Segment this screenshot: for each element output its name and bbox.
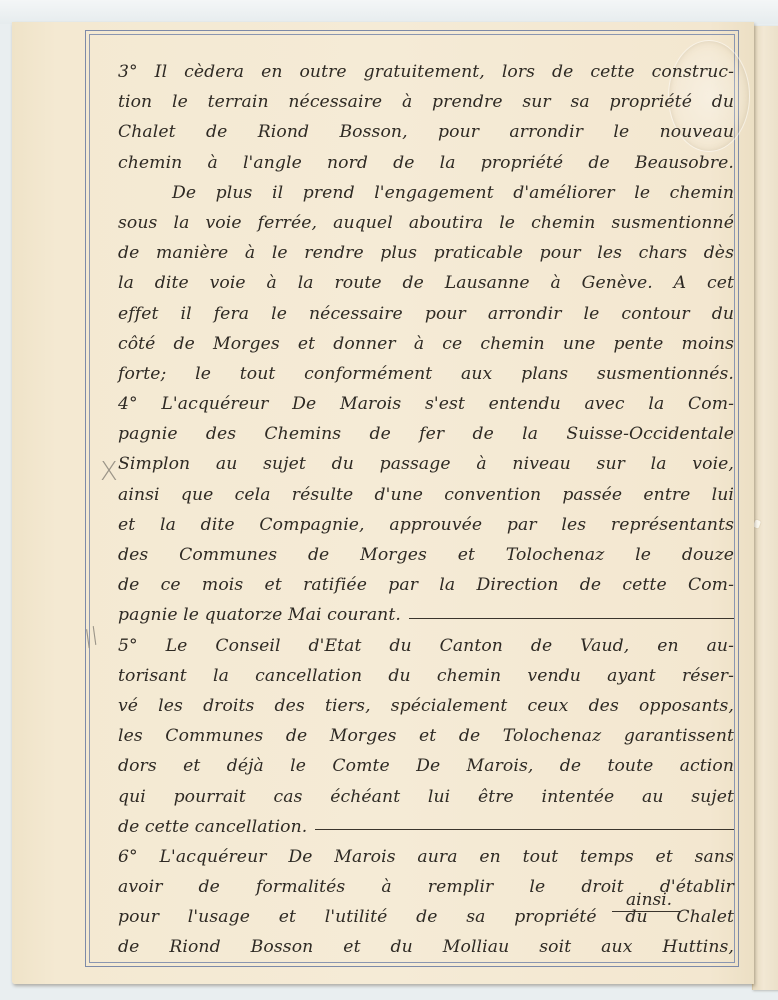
line-filler-rule [409, 618, 734, 619]
text-line: 5° Le Conseil d'Etat du Canton de Vaud, … [118, 631, 734, 661]
text-line: côté de Morges et donner à ce chemin une… [118, 329, 734, 359]
line-filler-rule [315, 829, 734, 830]
text-line: de Riond Bosson et du Molliau soit aux H… [118, 932, 734, 962]
folded-page-edge [752, 26, 778, 990]
text-line: 3° Il cèdera en outre gratuitement, lors… [118, 57, 734, 87]
text-line: vé les droits des tiers, spécialement ce… [118, 691, 734, 721]
text-line: et la dite Compagnie, approuvée par les … [118, 510, 734, 540]
text-line-content: pagnie le quatorze Mai courant. [118, 600, 401, 630]
text-line: pagnie des Chemins de fer de la Suisse-O… [118, 419, 734, 449]
text-line: effet il fera le nécessaire pour arrondi… [118, 299, 734, 329]
text-line: la dite voie à la route de Lausanne à Ge… [118, 268, 734, 298]
text-line: ainsi que cela résulte d'une convention … [118, 480, 734, 510]
text-line: de cette cancellation. [118, 812, 734, 842]
text-line: chemin à l'angle nord de la propriété de… [118, 148, 734, 178]
text-line: 4° L'acquéreur De Marois s'est entendu a… [118, 389, 734, 419]
text-line: les Communes de Morges et de Tolochenaz … [118, 721, 734, 751]
manuscript-text: 3° Il cèdera en outre gratuitement, lors… [118, 57, 734, 963]
text-line-content: de cette cancellation. [118, 812, 307, 842]
text-line: dors et déjà le Comte De Marois, de tout… [118, 751, 734, 781]
text-line: Simplon au sujet du passage à niveau sur… [118, 449, 734, 479]
closing-word: ainsi. [612, 890, 680, 912]
text-line: sous la voie ferrée, auquel aboutira le … [118, 208, 734, 238]
text-line: tion le terrain nécessaire à prendre sur… [118, 87, 734, 117]
scanner-background [0, 0, 778, 24]
text-line: de manière à le rendre plus praticable p… [118, 238, 734, 268]
text-line: De plus il prend l'engagement d'améliore… [118, 178, 734, 208]
text-line: de ce mois et ratifiée par la Direction … [118, 570, 734, 600]
text-line: des Communes de Morges et Tolochenaz le … [118, 540, 734, 570]
text-line: Chalet de Riond Bosson, pour arrondir le… [118, 117, 734, 147]
pencil-x-mark: X [100, 457, 118, 487]
text-line: qui pourrait cas échéant lui être intent… [118, 782, 734, 812]
text-line: pagnie le quatorze Mai courant. [118, 600, 734, 630]
text-line: 6° L'acquéreur De Marois aura en tout te… [118, 842, 734, 872]
text-line: forte; le tout conformément aux plans su… [118, 359, 734, 389]
text-line: torisant la cancellation du chemin vendu… [118, 661, 734, 691]
